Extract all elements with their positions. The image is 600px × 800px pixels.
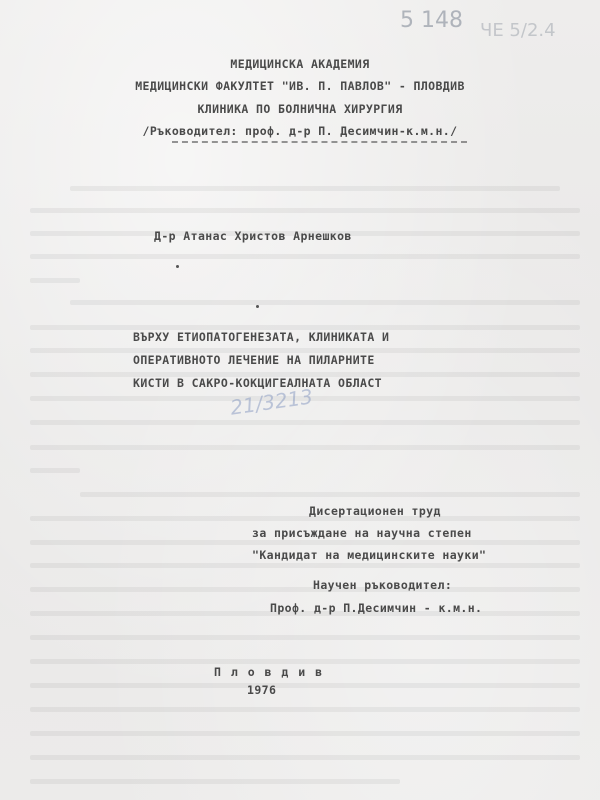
supervisor-name: Проф. д-р П.Десимчин - к.м.н.	[270, 601, 482, 615]
header-academy: МЕДИЦИНСКА АКАДЕМИЯ	[0, 57, 600, 71]
header-divider	[172, 141, 467, 143]
dissertation-type: Дисертационен труд	[309, 504, 441, 518]
speck	[256, 305, 259, 308]
header-faculty: МЕДИЦИНСКИ ФАКУЛТЕТ "ИВ. П. ПАВЛОВ" - ПЛ…	[0, 79, 600, 93]
pencil-annotation-number: 5 148	[400, 8, 463, 33]
header-clinic: КЛИНИКА ПО БОЛНИЧНА ХИРУРГИЯ	[0, 102, 600, 116]
supervisor-label: Научен ръководител:	[313, 578, 452, 592]
speck	[176, 265, 179, 268]
title-line-2: ОПЕРАТИВНОТО ЛЕЧЕНИЕ НА ПИЛАРНИТЕ	[133, 353, 375, 367]
title-line-3: КИСТИ В САКРО-КОКЦИГЕАЛНАТА ОБЛАСТ	[133, 376, 382, 390]
city: П л о в д и в	[214, 665, 324, 679]
dissertation-purpose: за присъждане на научна степен	[252, 526, 472, 540]
author-name: Д-р Атанас Христов Арнешков	[154, 229, 352, 243]
pencil-annotation-code: ЧЕ 5/2.4	[480, 20, 556, 41]
header-head: /Ръководител: проф. д-р П. Десимчин-к.м.…	[0, 124, 600, 138]
title-line-1: ВЪРХУ ЕТИОПАТОГЕНЕЗАТА, КЛИНИКАТА И	[133, 330, 389, 344]
year: 1976	[247, 683, 276, 697]
dissertation-degree: "Кандидат на медицинските науки"	[252, 548, 486, 562]
